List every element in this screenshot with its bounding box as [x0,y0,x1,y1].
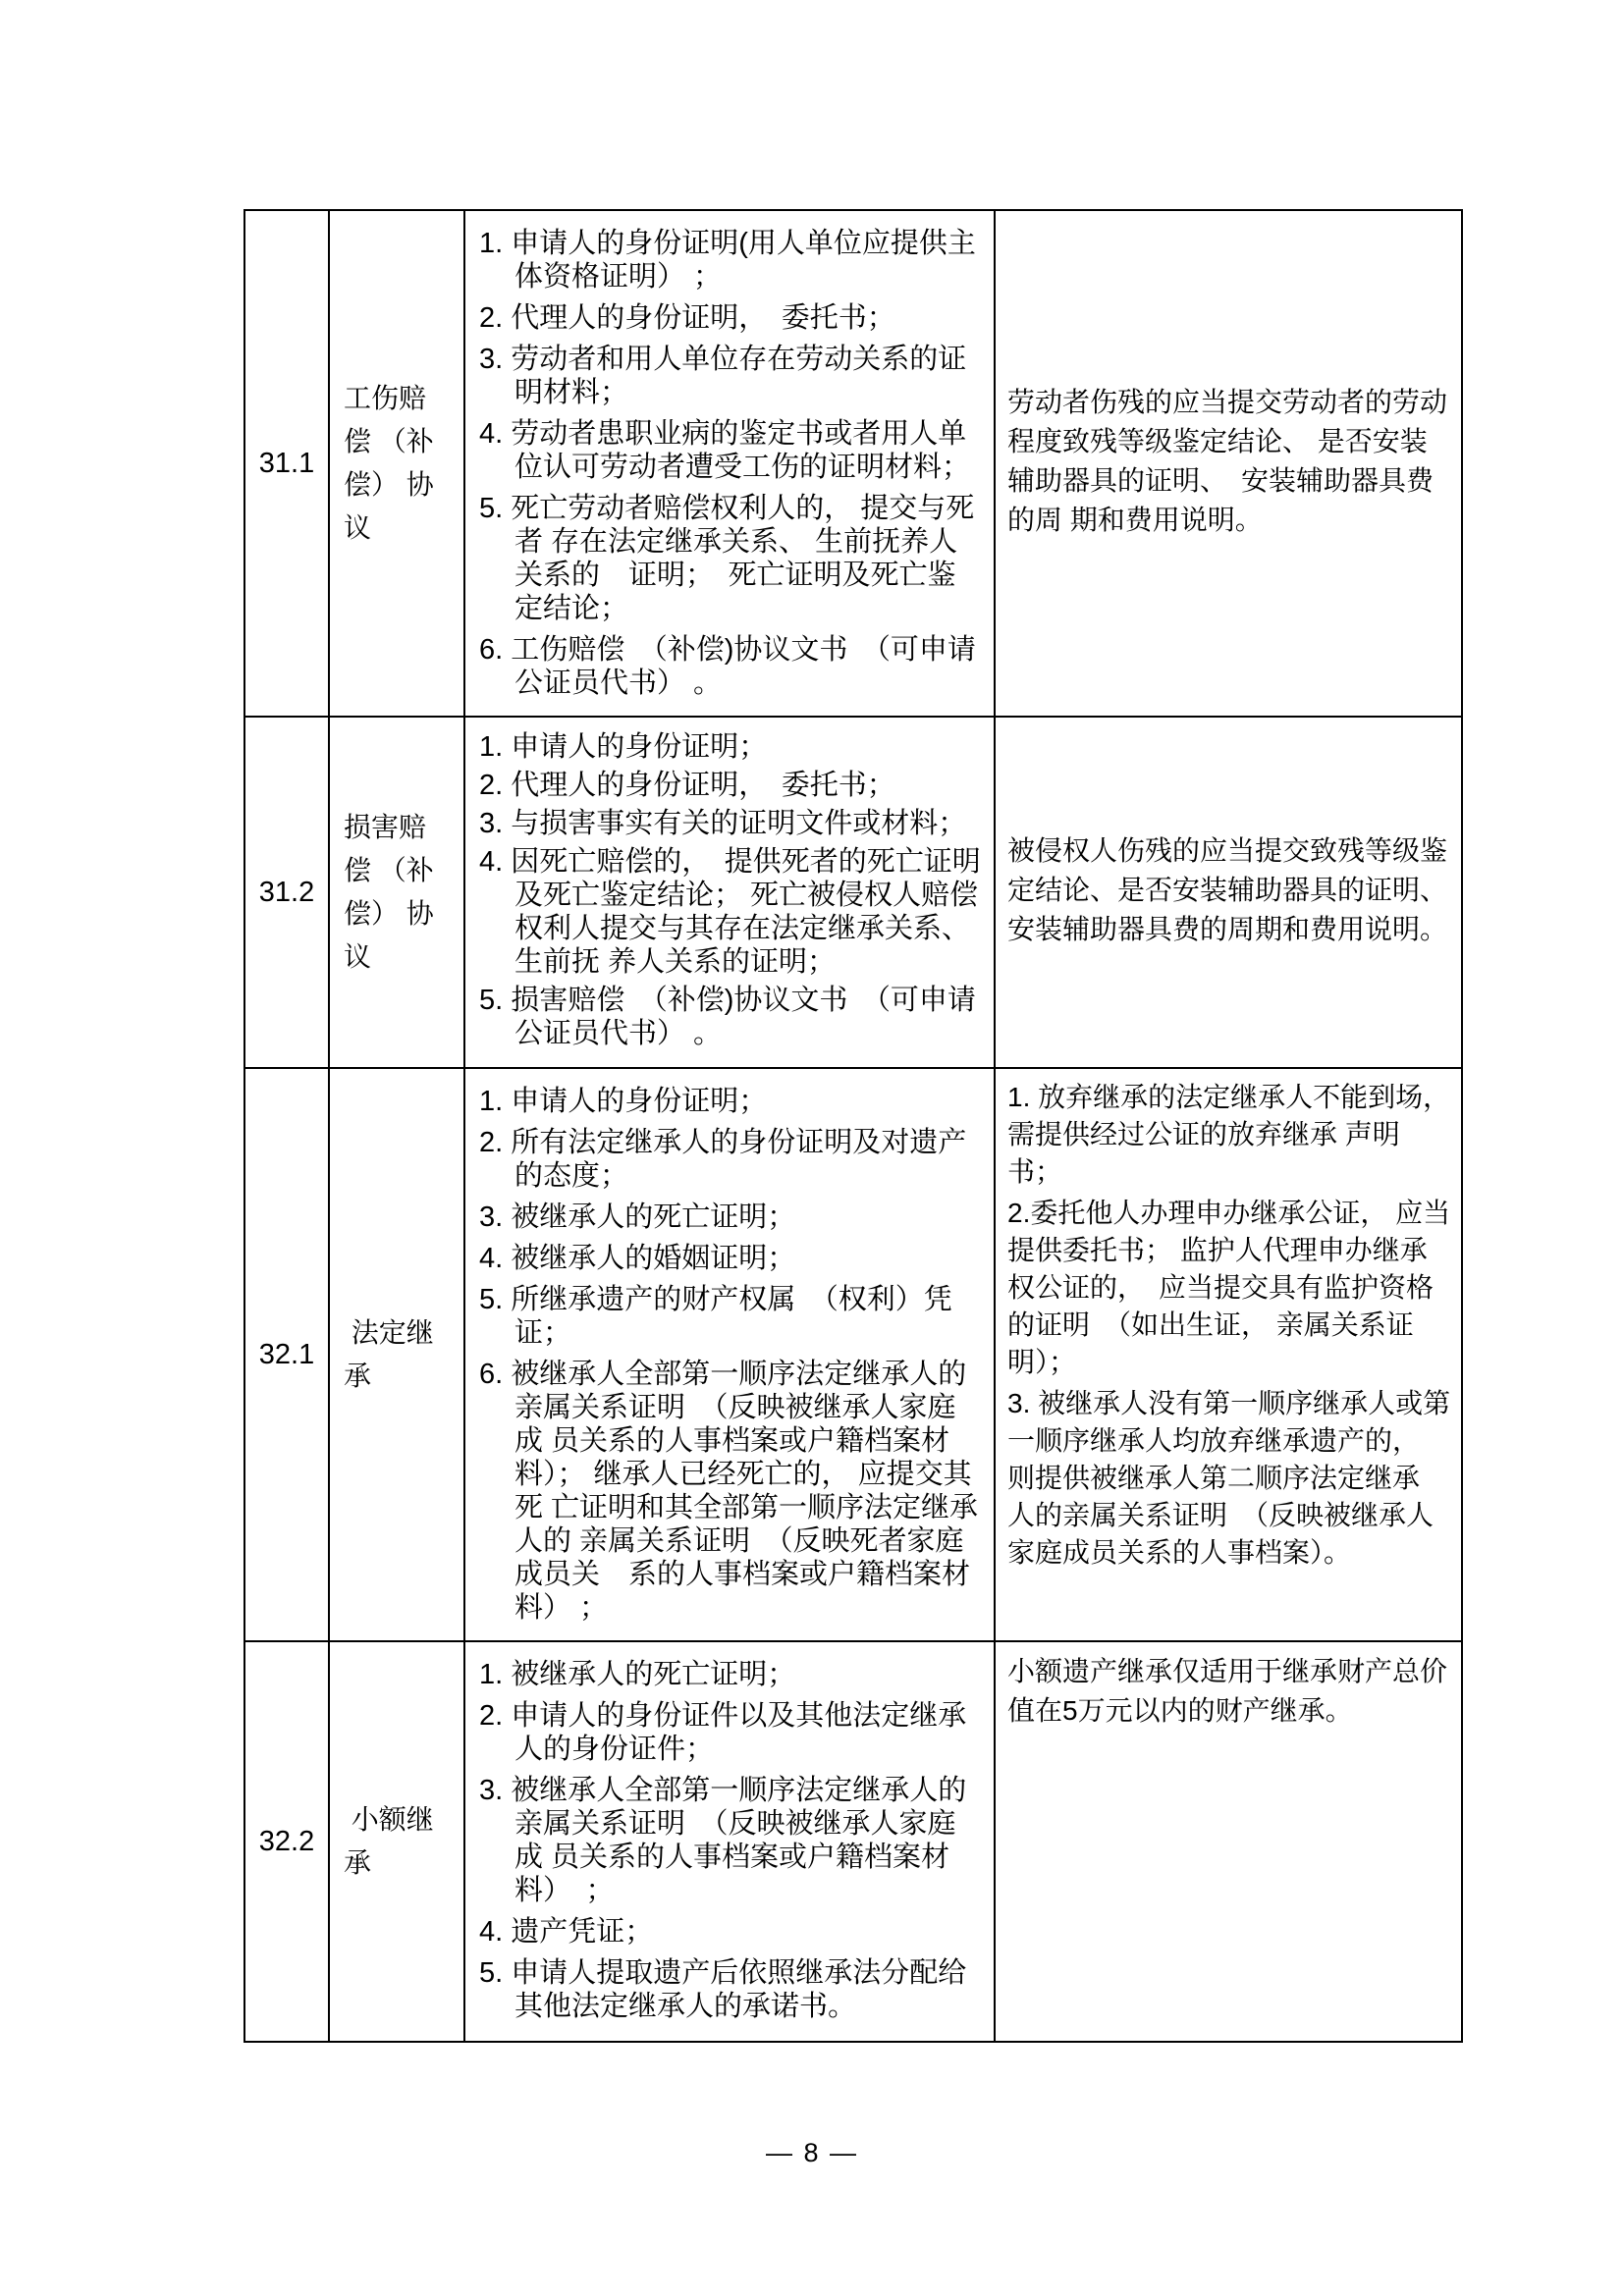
row-number: 31.1 [259,448,314,480]
list-item: 2. 所有法定继承人的身份证明及对遗产的态度； [479,1126,982,1193]
category-name: 法定继承 [344,1311,450,1398]
list-item: 6. 被继承人全部第一顺序法定继承人的亲属关系证明 （反映被继承人家庭成 员关系… [479,1358,982,1625]
list-item: 1. 被继承人的死亡证明； [479,1658,982,1691]
category-name-cell: 小额继承 [328,1642,463,2041]
table-row: 31.1 工伤赔偿 （补偿） 协议 1. 申请人的身份证明(用人单位应提供主 体… [245,211,1461,716]
row-number-cell: 31.1 [245,211,328,716]
list-item: 4. 遗产凭证； [479,1915,982,1949]
materials-cell: 1. 被继承人的死亡证明；2. 申请人的身份证件以及其他法定继承人的身份证件；3… [463,1642,994,2041]
table-row: 31.2 损害赔偿 （补偿） 协议 1. 申请人的身份证明；2. 代理人的身份证… [245,716,1461,1067]
page-number: — 8 — [0,2138,1624,2168]
list-item: 4. 劳动者患职业病的鉴定书或者用人单位认可劳动者遭受工伤的证明材料； [479,417,982,484]
list-item: 2. 申请人的身份证件以及其他法定继承人的身份证件； [479,1699,982,1766]
category-name-cell: 法定继承 [328,1069,463,1640]
row-number-cell: 32.1 [245,1069,328,1640]
row-number: 31.2 [259,877,314,909]
category-name-cell: 损害赔偿 （补偿） 协议 [328,718,463,1067]
list-item: 4. 被继承人的婚姻证明； [479,1242,982,1275]
list-item: 小额遗产继承仅适用于继承财产总价值在5万元以内的财产继承。 [1007,1652,1451,1731]
list-item: 3. 被继承人的死亡证明； [479,1201,982,1234]
list-item: 2.委托他人办理申办继承公证， 应当提供委托书； 监护人代理申办继承 权公证的，… [1007,1195,1451,1381]
list-item: 1. 申请人的身份证明(用人单位应提供主 体资格证明） ； [479,227,982,294]
list-item: 3. 被继承人全部第一顺序法定继承人的亲属关系证明 （反映被继承人家庭成 员关系… [479,1774,982,1907]
materials-cell: 1. 申请人的身份证明；2. 代理人的身份证明， 委托书；3. 与损害事实有关的… [463,718,994,1067]
table-row: 32.1 法定继承 1. 申请人的身份证明；2. 所有法定继承人的身份证明及对遗… [245,1067,1461,1640]
document-page: 31.1 工伤赔偿 （补偿） 协议 1. 申请人的身份证明(用人单位应提供主 体… [0,0,1624,2296]
category-name-cell: 工伤赔偿 （补偿） 协议 [328,211,463,716]
row-number: 32.1 [259,1339,314,1371]
notarization-materials-table: 31.1 工伤赔偿 （补偿） 协议 1. 申请人的身份证明(用人单位应提供主 体… [244,209,1463,2043]
materials-cell: 1. 申请人的身份证明；2. 所有法定继承人的身份证明及对遗产的态度；3. 被继… [463,1069,994,1640]
list-item: 1. 放弃继承的法定继承人不能到场，需提供经过公证的放弃继承 声明书； [1007,1079,1451,1191]
list-item: 5. 死亡劳动者赔偿权利人的， 提交与死者 存在法定继承关系、 生前抚养人关系的… [479,492,982,625]
table-row: 32.2 小额继承 1. 被继承人的死亡证明；2. 申请人的身份证件以及其他法定… [245,1640,1461,2041]
list-item: 2. 代理人的身份证明， 委托书； [479,769,982,802]
list-item: 5. 申请人提取遗产后依照继承法分配给其他法定继承人的承诺书。 [479,1956,982,2023]
row-number-cell: 32.2 [245,1642,328,2041]
list-item: 1. 申请人的身份证明； [479,730,982,764]
row-number: 32.2 [259,1826,314,1858]
category-name: 工伤赔偿 （补偿） 协议 [344,377,450,550]
category-name: 小额继承 [344,1798,450,1885]
list-item: 2. 代理人的身份证明， 委托书； [479,301,982,335]
list-item: 5. 所继承遗产的财产权属 （权利）凭 证； [479,1283,982,1350]
materials-cell: 1. 申请人的身份证明(用人单位应提供主 体资格证明） ；2. 代理人的身份证明… [463,211,994,716]
notes-cell: 小额遗产继承仅适用于继承财产总价值在5万元以内的财产继承。 [994,1642,1461,2041]
notes-cell: 1. 放弃继承的法定继承人不能到场，需提供经过公证的放弃继承 声明书；2.委托他… [994,1069,1461,1640]
list-item: 劳动者伤残的应当提交劳动者的劳动程度致残等级鉴定结论、 是否安装辅助器具的证明、… [1007,383,1451,540]
list-item: 6. 工伤赔偿 （补偿)协议文书 （可申请 公证员代书） 。 [479,633,982,700]
list-item: 3. 被继承人没有第一顺序继承人或第一顺序继承人均放弃继承遗产的， 则提供被继承… [1007,1385,1451,1572]
list-item: 3. 劳动者和用人单位存在劳动关系的证明材料； [479,343,982,409]
list-item: 1. 申请人的身份证明； [479,1085,982,1118]
row-number-cell: 31.2 [245,718,328,1067]
notes-cell: 被侵权人伤残的应当提交致残等级鉴定结论、是否安装辅助器具的证明、安装辅助器具费的… [994,718,1461,1067]
list-item: 3. 与损害事实有关的证明文件或材料； [479,807,982,840]
list-item: 4. 因死亡赔偿的， 提供死者的死亡证明及死亡鉴定结论； 死亡被侵权人赔偿权利人… [479,845,982,979]
list-item: 5. 损害赔偿 （补偿)协议文书 （可申请 公证员代书） 。 [479,984,982,1050]
category-name: 损害赔偿 （补偿） 协议 [344,806,450,979]
notes-cell: 劳动者伤残的应当提交劳动者的劳动程度致残等级鉴定结论、 是否安装辅助器具的证明、… [994,211,1461,716]
list-item: 被侵权人伤残的应当提交致残等级鉴定结论、是否安装辅助器具的证明、安装辅助器具费的… [1007,831,1451,949]
